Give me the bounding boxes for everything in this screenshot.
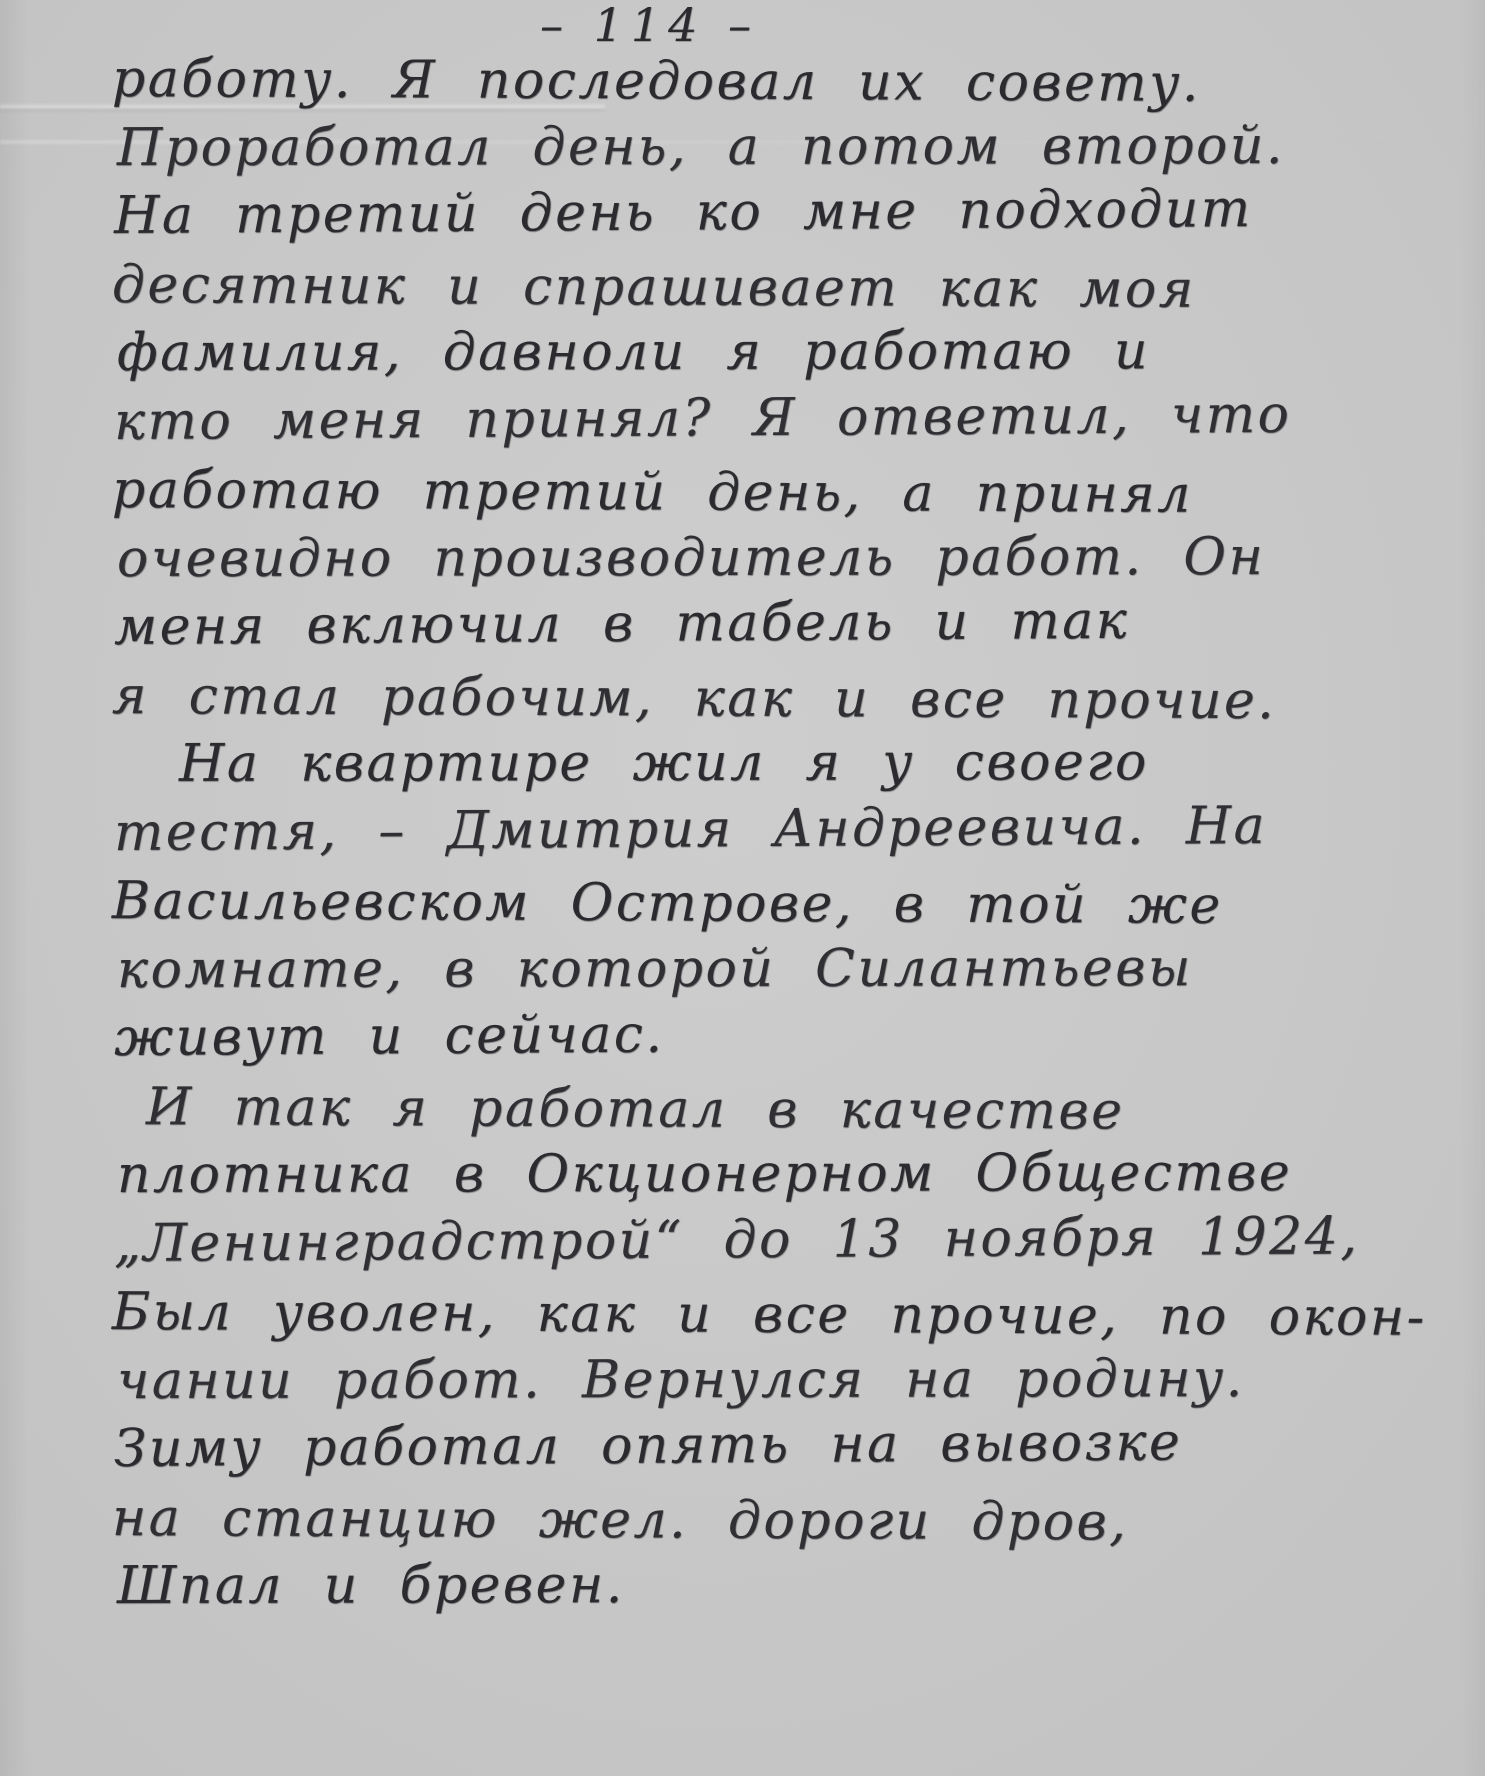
manuscript-line: очевидно производитель работ. Он — [117, 521, 1462, 592]
manuscript-line: Зиму работал опять на вывозке — [114, 1406, 1459, 1483]
manuscript-line: чании работ. Вернулся на родину. — [117, 1343, 1462, 1414]
manuscript-line: я стал рабочим, как и все прочие. — [112, 661, 1457, 735]
manuscript-line: На третий день ко мне подходит — [114, 173, 1459, 250]
manuscript-line: Был уволен, как и все прочие, по окон- — [112, 1277, 1457, 1351]
manuscript-line: тестя, – Дмитрия Андреевича. На — [114, 789, 1459, 866]
manuscript-line: Шпал и бревен. — [117, 1549, 1462, 1620]
manuscript-line: работу. Я последовал их совету. — [112, 44, 1457, 118]
manuscript-line: На квартире жил я у своего — [117, 727, 1462, 798]
manuscript-line: работаю третий день, а принял — [112, 455, 1457, 529]
manuscript-line: Проработал день, а потом второй. — [117, 110, 1462, 181]
manuscript-page: – 114 – работу. Я последовал их совету. … — [0, 0, 1485, 1776]
manuscript-line: фамилия, давноли я работаю и — [117, 316, 1462, 387]
manuscript-text: работу. Я последовал их совету. Проработ… — [112, 44, 1457, 1620]
manuscript-line: на станцию жел. дороги дров, — [112, 1483, 1457, 1557]
manuscript-line: Васильевском Острове, в той же — [112, 866, 1457, 940]
manuscript-line: кто меня принял? Я ответил, что — [114, 378, 1459, 455]
manuscript-line: меня включил в табель и так — [114, 584, 1459, 661]
manuscript-line: „Ленинградстрой“ до 13 ноября 1924, — [114, 1200, 1459, 1277]
manuscript-line: живут и сейчас. — [114, 995, 1459, 1072]
manuscript-line: И так я работал в качестве — [112, 1072, 1457, 1146]
manuscript-line: плотника в Окционерном Обществе — [117, 1138, 1462, 1209]
manuscript-line: комнате, в которой Силантьевы — [117, 932, 1462, 1003]
manuscript-line: десятник и спрашивает как моя — [112, 250, 1457, 324]
